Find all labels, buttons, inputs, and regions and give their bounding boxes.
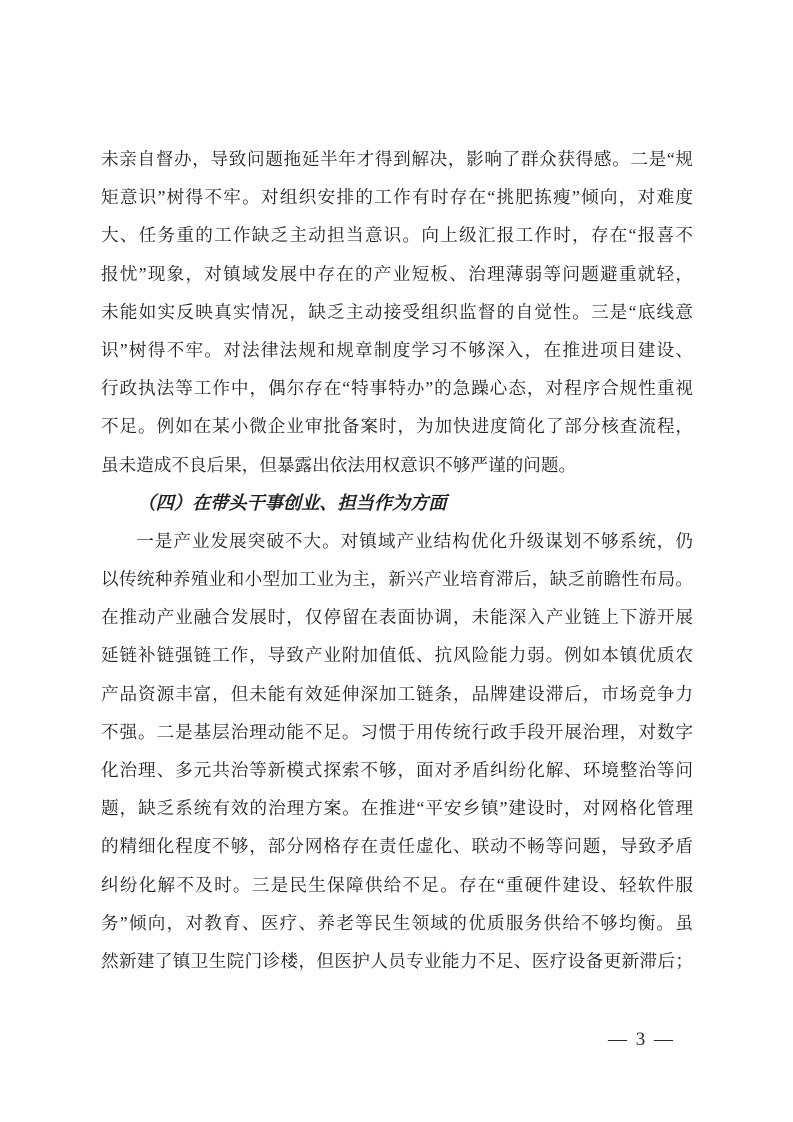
text-line: 以传统种养殖业和小型加工业为主，新兴产业培育滞后，缺乏前瞻性布局。 bbox=[101, 560, 693, 598]
text-line: 一是产业发展突破不大。对镇域产业结构优化升级谋划不够系统，仍 bbox=[101, 522, 693, 560]
text-line: 务”倾向，对教育、医疗、养老等民生领域的优质服务供给不够均衡。虽 bbox=[101, 904, 693, 942]
text-line: 题，缺乏系统有效的治理方案。在推进“平安乡镇”建设时，对网格化管理 bbox=[101, 789, 693, 827]
text-line: 未亲自督办，导致问题拖延半年才得到解决，影响了群众获得感。二是“规 bbox=[101, 140, 693, 178]
page-number: — 3 — bbox=[608, 1026, 675, 1054]
text-line: 的精细化程度不够，部分网格存在责任虚化、联动不畅等问题，导致矛盾 bbox=[101, 827, 693, 865]
text-line: 延链补链强链工作，导致产业附加值低、抗风险能力弱。例如本镇优质农 bbox=[101, 636, 693, 674]
document-body: 未亲自督办，导致问题拖延半年才得到解决，影响了群众获得感。二是“规 矩意识”树得… bbox=[101, 140, 693, 980]
text-line: 产品资源丰富，但未能有效延伸深加工链条，品牌建设滞后，市场竞争力 bbox=[101, 675, 693, 713]
text-line: 识”树得不牢。对法律法规和规章制度学习不够深入，在推进项目建设、 bbox=[101, 331, 693, 369]
text-line: 行政执法等工作中，偶尔存在“特事特办”的急躁心态，对程序合规性重视 bbox=[101, 369, 693, 407]
text-line: 在推动产业融合发展时，仅停留在表面协调，未能深入产业链上下游开展 bbox=[101, 598, 693, 636]
document-page: 未亲自督办，导致问题拖延半年才得到解决，影响了群众获得感。二是“规 矩意识”树得… bbox=[0, 0, 793, 1122]
text-line: 不强。二是基层治理动能不足。习惯于用传统行政手段开展治理，对数字 bbox=[101, 713, 693, 751]
text-line: 大、任务重的工作缺乏主动担当意识。向上级汇报工作时，存在“报喜不 bbox=[101, 216, 693, 254]
text-line: 矩意识”树得不牢。对组织安排的工作有时存在“挑肥拣瘦”倾向，对难度 bbox=[101, 178, 693, 216]
text-line: 虽未造成不良后果，但暴露出依法用权意识不够严谨的问题。 bbox=[101, 446, 693, 484]
text-line: 报忧”现象，对镇域发展中存在的产业短板、治理薄弱等问题避重就轻， bbox=[101, 255, 693, 293]
text-line: 化治理、多元共治等新模式探索不够，面对矛盾纠纷化解、环境整治等问 bbox=[101, 751, 693, 789]
text-line: 纠纷化解不及时。三是民生保障供给不足。存在“重硬件建设、轻软件服 bbox=[101, 866, 693, 904]
text-line: 不足。例如在某小微企业审批备案时，为加快进度简化了部分核查流程， bbox=[101, 407, 693, 445]
text-line: 然新建了镇卫生院门诊楼，但医护人员专业能力不足、医疗设备更新滞后； bbox=[101, 942, 693, 980]
text-line: 未能如实反映真实情况，缺乏主动接受组织监督的自觉性。三是“底线意 bbox=[101, 293, 693, 331]
section-heading: （四）在带头干事创业、担当作为方面 bbox=[101, 484, 693, 522]
